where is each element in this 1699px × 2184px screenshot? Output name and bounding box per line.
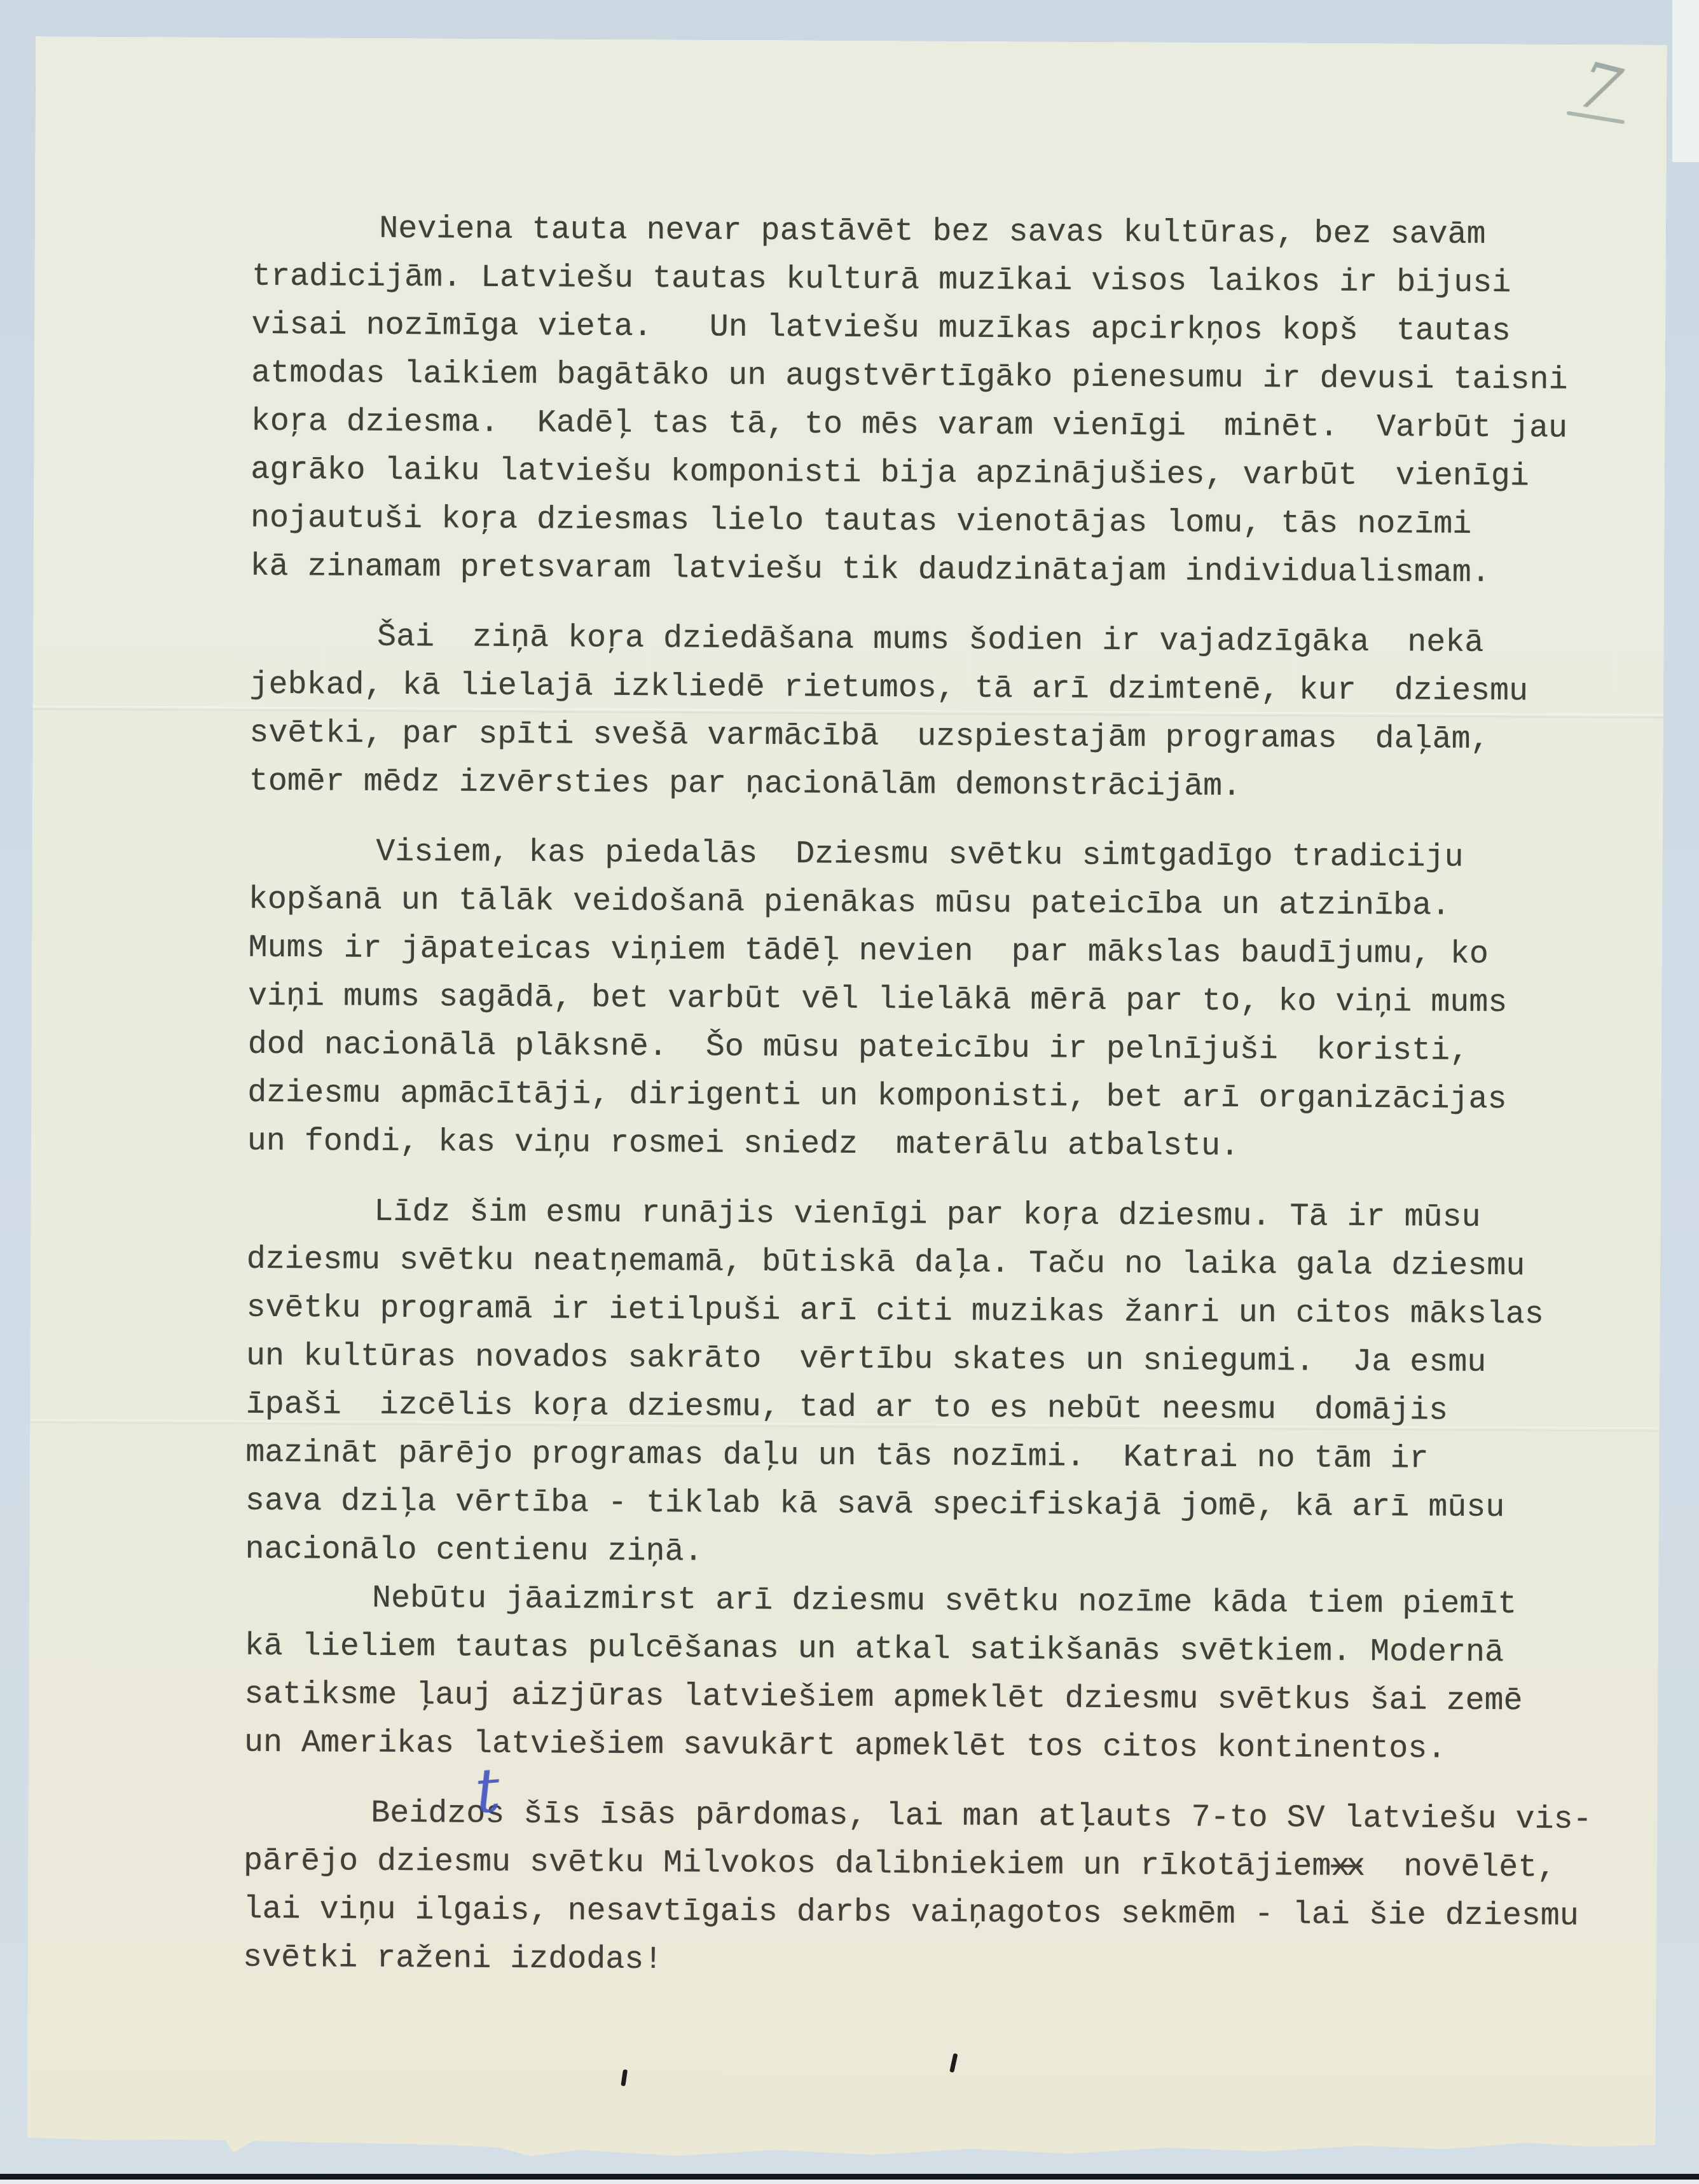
text-line: svētki, par spīti svešā varmācībā uzspie…	[249, 710, 1598, 765]
text-line: mazināt pārējo programas daļu un tās noz…	[245, 1429, 1594, 1485]
paragraph-5: Nebūtu jāaizmirst arī dziesmu svētku noz…	[244, 1574, 1593, 1775]
text-line: jebkad, kā lielajā izkliedē rietumos, tā…	[249, 661, 1598, 717]
text-line: dziesmu apmācītāji, dirigenti un komponi…	[247, 1069, 1596, 1125]
text-line: Mums ir jāpateicas viņiem tādēļ nevien p…	[248, 924, 1597, 980]
text-line: visai nozīmīga vieta. Un latviešu muzīka…	[251, 301, 1600, 357]
text-line: atmodas laikiem bagātāko un augstvērtīgā…	[251, 350, 1600, 405]
scanner-edge-footer	[0, 2180, 1699, 2184]
text-line: Līdz šim esmu runājis vienīgi par koŗa d…	[247, 1188, 1595, 1243]
text-line: un kultūras novados sakrāto vērtību skat…	[246, 1333, 1595, 1388]
paragraph-6: Beidzos šīs īsās pārdomas, lai man atļau…	[243, 1789, 1592, 1989]
ink-speck	[621, 2070, 628, 2087]
text-line: un fondi, kas viņu rosmei sniedz materāl…	[247, 1118, 1596, 1173]
text-line: viņi mums sagādā, bet varbūt vēl lielākā…	[248, 973, 1597, 1028]
text-line: dod nacionālā plāksnē. Šo mūsu pateicību…	[247, 1021, 1596, 1076]
text-line: kā lieliem tautas pulcēšanas un atkal sa…	[245, 1623, 1593, 1678]
text-line: Šai ziņā koŗa dziedāšana mums šodien ir …	[250, 613, 1599, 668]
scanned-document-background: 7 Neviena tauta nevar pastāvēt bez savas…	[0, 0, 1699, 2184]
text-line: dziesmu svētku neatņemamā, būtiskā daļa.…	[247, 1236, 1595, 1291]
text-line: Neviena tauta nevar pastāvēt bez savas k…	[252, 205, 1600, 260]
scanner-edge-line	[0, 2174, 1699, 2180]
text-line: pārējo dziesmu svētku Milvokos dalibniek…	[244, 1837, 1592, 1893]
text-line: Nebūtu jāaizmirst arī dziesmu svētku noz…	[245, 1574, 1593, 1630]
text-line: satiksme ļauj aizjūras latviešiem apmekl…	[244, 1671, 1593, 1726]
paragraph-3: Visiem, kas piedalās Dziesmu svētku simt…	[247, 828, 1597, 1173]
text-line: nacionālo centienu ziņā.	[245, 1526, 1593, 1581]
text-line: tradicijām. Latviešu tautas kulturā muzī…	[252, 253, 1600, 308]
text-line: lai viņu ilgais, nesavtīgais darbs vaiņa…	[243, 1886, 1592, 1941]
paragraph-2: Šai ziņā koŗa dziedāšana mums šodien ir …	[249, 613, 1599, 813]
scanner-bed-sliver	[1672, 0, 1699, 162]
text-fragment: pārējo dziesmu svētku Milvokos dalibniek…	[244, 1843, 1331, 1885]
text-line: nojautuši koŗa dziesmas lielo tautas vie…	[251, 495, 1599, 550]
text-line: svētku programā ir ietilpuši arī citi mu…	[246, 1284, 1595, 1340]
text-line: koŗa dziesma. Kadēļ tas tā, to mēs varam…	[251, 398, 1600, 453]
typewritten-text: Neviena tauta nevar pastāvēt bez savas k…	[243, 205, 1600, 1989]
typed-overstrike: xx	[1331, 1849, 1365, 1885]
ink-speck	[949, 2053, 958, 2073]
paragraph-4: Līdz šim esmu runājis vienīgi par koŗa d…	[245, 1188, 1595, 1581]
text-line: īpaši izcēlis koŗa dziesmu, tad ar to es…	[246, 1381, 1595, 1436]
text-line: tomēr mēdz izvērsties par ņacionālām dem…	[249, 758, 1598, 813]
text-line: Visiem, kas piedalās Dziesmu svētku simt…	[249, 828, 1597, 883]
text-line: agrāko laiku latviešu komponisti bija ap…	[251, 446, 1599, 502]
paragraph-1: Neviena tauta nevar pastāvēt bez savas k…	[250, 205, 1600, 598]
text-line: un Amerikas latviešiem savukārt apmeklēt…	[244, 1719, 1593, 1775]
text-line: sava dziļa vērtība - tiklab kā savā spec…	[245, 1478, 1594, 1533]
paper-sheet: 7 Neviena tauta nevar pastāvēt bez savas…	[25, 36, 1667, 2162]
text-line: svētki raženi izdodas!	[243, 1934, 1592, 1989]
text-line: Beidzos šīs īsās pārdomas, lai man atļau…	[244, 1789, 1592, 1844]
text-line: kā zinamam pretsvaram latviešu tik daudz…	[250, 543, 1599, 598]
text-fragment: novēlēt,	[1365, 1849, 1556, 1886]
text-line: kopšanā un tālāk veidošanā pienākas mūsu…	[249, 876, 1597, 931]
